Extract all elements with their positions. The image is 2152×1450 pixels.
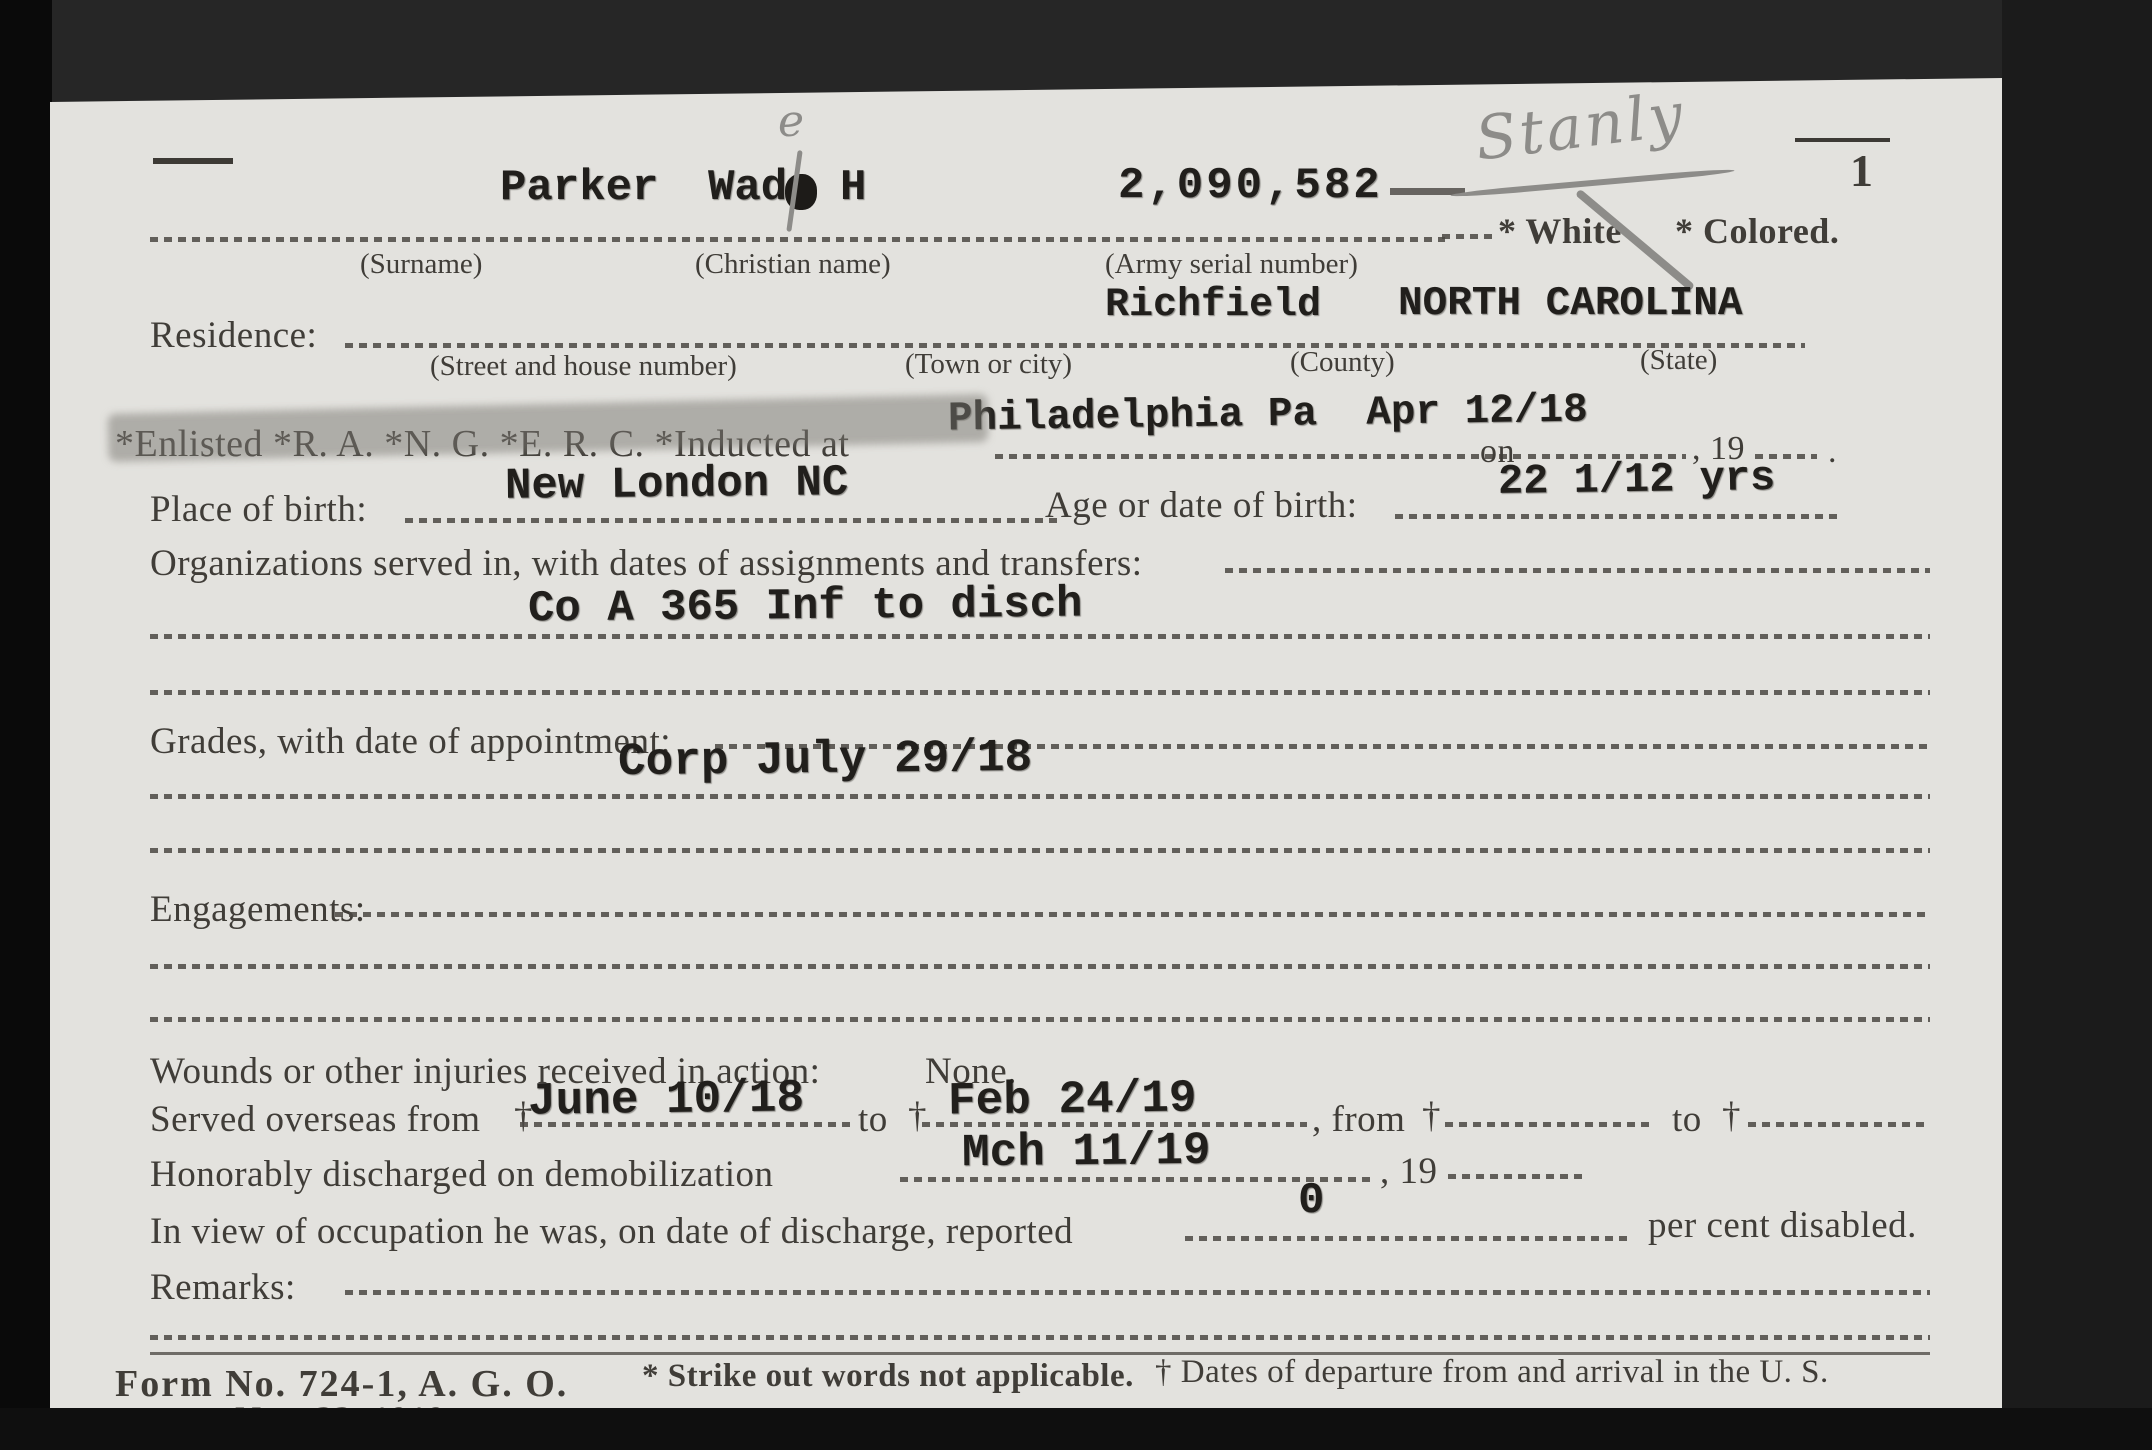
- dotted-rule: [150, 237, 1445, 242]
- dotted-rule: [150, 1017, 1930, 1022]
- disability-label: In view of occupation he was, on date of…: [150, 1210, 1073, 1253]
- top-left-dash-mark: [153, 158, 233, 164]
- discharge-label: Honorably discharged on demobilization: [150, 1153, 774, 1196]
- engagements-label: Engagements:: [150, 888, 366, 931]
- overseas-from-date-value: June 10/18: [528, 1072, 805, 1127]
- overseas-from2-label: , from: [1312, 1098, 1405, 1141]
- film-strip: [0, 0, 52, 1450]
- disability-suffix-label: per cent disabled.: [1648, 1204, 1917, 1247]
- dotted-rule: [345, 343, 1805, 348]
- dotted-rule: [1748, 1122, 1930, 1127]
- discharge-date-value: Mch 11/19: [962, 1125, 1211, 1180]
- organizations-value: Co A 365 Inf to disch: [528, 580, 1083, 635]
- dotted-rule: [1225, 568, 1930, 573]
- residence-state-value: NORTH CAROLINA: [1398, 281, 1742, 327]
- scan-background-bottom: [0, 1408, 2152, 1450]
- race-colored-label: * Colored.: [1675, 210, 1839, 252]
- dotted-rule: [405, 518, 1060, 523]
- grades-value: Corp July 29/18: [618, 732, 1033, 788]
- dotted-rule: [520, 1122, 850, 1127]
- dotted-rule: [1448, 1174, 1588, 1179]
- dotted-rule: [335, 912, 1930, 917]
- enlistment-strikeout-smudge: [108, 394, 989, 462]
- dotted-rule: [150, 964, 1930, 969]
- dotted-rule: [1185, 1236, 1630, 1241]
- dotted-rule: [150, 690, 1930, 695]
- organizations-label: Organizations served in, with dates of a…: [150, 542, 1143, 585]
- residence-label: Residence:: [150, 314, 317, 357]
- overseas-to2-label: to: [1672, 1098, 1702, 1141]
- scanned-page: Parker Wade H e 2,090,582 Stanly 1 * Whi…: [0, 0, 2152, 1450]
- dagger-icon: †: [1422, 1094, 1441, 1137]
- dotted-rule: [150, 634, 1930, 639]
- residence-town-value: Richfield: [1105, 283, 1321, 328]
- overseas-to-label: to: [858, 1098, 888, 1141]
- dotted-rule: [1445, 1122, 1655, 1127]
- street-label: (Street and house number): [430, 350, 737, 383]
- birth-place-label: Place of birth:: [150, 488, 367, 531]
- disability-percent-value: 0: [1298, 1176, 1324, 1226]
- service-record-card: Parker Wade H e 2,090,582 Stanly 1 * Whi…: [50, 78, 2002, 1408]
- surname-label: (Surname): [360, 248, 482, 281]
- dotted-rule: [995, 454, 1525, 459]
- dotted-rule: [150, 1335, 1930, 1340]
- discharge-year-label: , 19: [1380, 1150, 1438, 1193]
- remarks-label: Remarks:: [150, 1266, 296, 1309]
- age-value: 22 1/12 yrs: [1498, 454, 1776, 506]
- scan-background-right: [2002, 0, 2152, 1450]
- serial-number-value: 2,090,582: [1118, 161, 1383, 211]
- county-pencil-note: Stanly: [1472, 79, 1690, 174]
- period-mark: .: [1828, 433, 1837, 471]
- overseas-to-date-value: Feb 24/19: [948, 1072, 1197, 1127]
- footnote-dagger-dates: † Dates of departure from and arrival in…: [1155, 1354, 1829, 1391]
- footnote-strike-out: * Strike out words not applicable.: [642, 1358, 1134, 1395]
- dotted-rule: [345, 1290, 1930, 1295]
- dotted-rule: [1442, 234, 1494, 239]
- form-date: Nov. 22, 1919: [235, 1398, 446, 1408]
- birth-place-value: New London NC: [505, 458, 849, 512]
- state-label: (State): [1640, 344, 1717, 377]
- page-number-overline: [1795, 138, 1890, 142]
- dotted-rule: [150, 848, 1930, 853]
- surname-value: Parker: [500, 163, 658, 213]
- serial-number-label: (Army serial number): [1105, 248, 1358, 281]
- dagger-icon: †: [908, 1094, 927, 1137]
- overseas-label: Served overseas from: [150, 1098, 481, 1141]
- page-number: 1: [1850, 144, 1874, 197]
- dotted-rule: [1395, 514, 1840, 519]
- county-label: (County): [1290, 346, 1395, 379]
- age-label: Age or date of birth:: [1045, 484, 1358, 527]
- dagger-icon: †: [1722, 1094, 1741, 1137]
- dotted-rule: [150, 794, 1930, 799]
- name-correction-pencil: e: [778, 96, 804, 147]
- christian-name-label: (Christian name): [695, 248, 891, 281]
- grades-label: Grades, with date of appointment:: [150, 720, 671, 763]
- town-label: (Town or city): [905, 348, 1072, 381]
